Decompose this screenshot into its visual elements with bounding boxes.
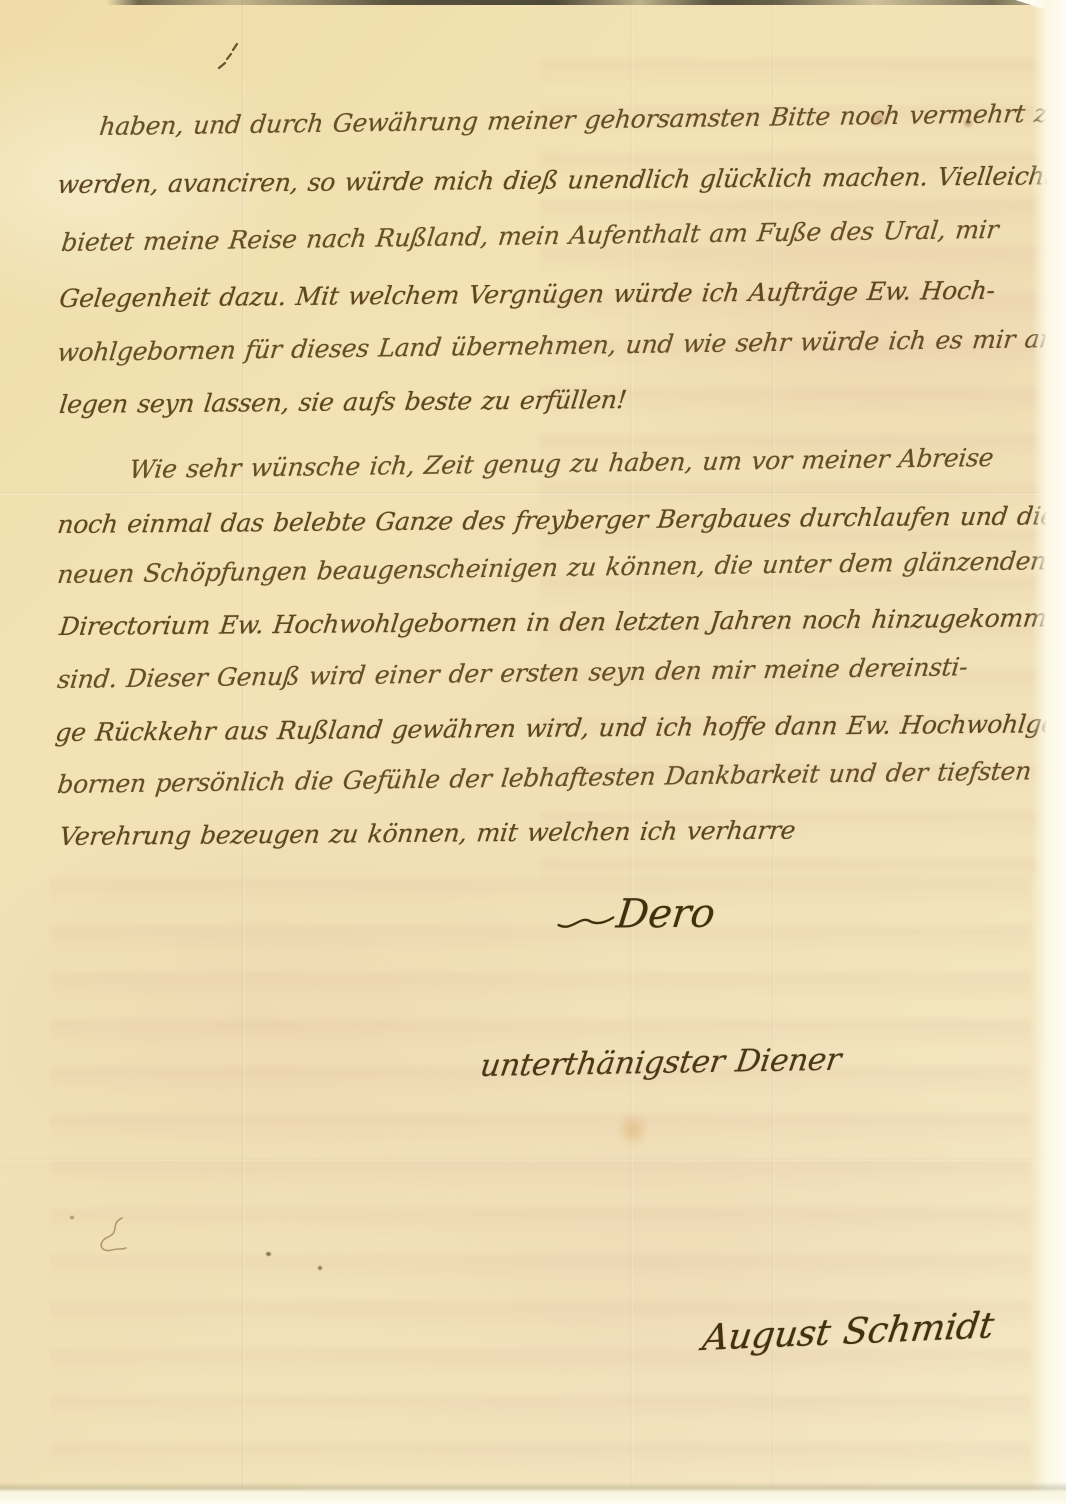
closing-pronoun-text: Dero (614, 891, 717, 938)
closing-pronoun: Dero (556, 891, 717, 938)
page-bottom-edge (0, 1482, 1066, 1504)
pen-flourish (557, 910, 616, 932)
letter-scan: haben, und durch Gewährung meiner gehors… (0, 0, 1066, 1504)
page-top-edge (0, 0, 1066, 5)
letter-line: legen seyn lassen, sie aufs beste zu erf… (58, 385, 628, 419)
valediction: unterthänigster Diener (478, 1042, 843, 1084)
page-right-edge (1032, 0, 1066, 1504)
